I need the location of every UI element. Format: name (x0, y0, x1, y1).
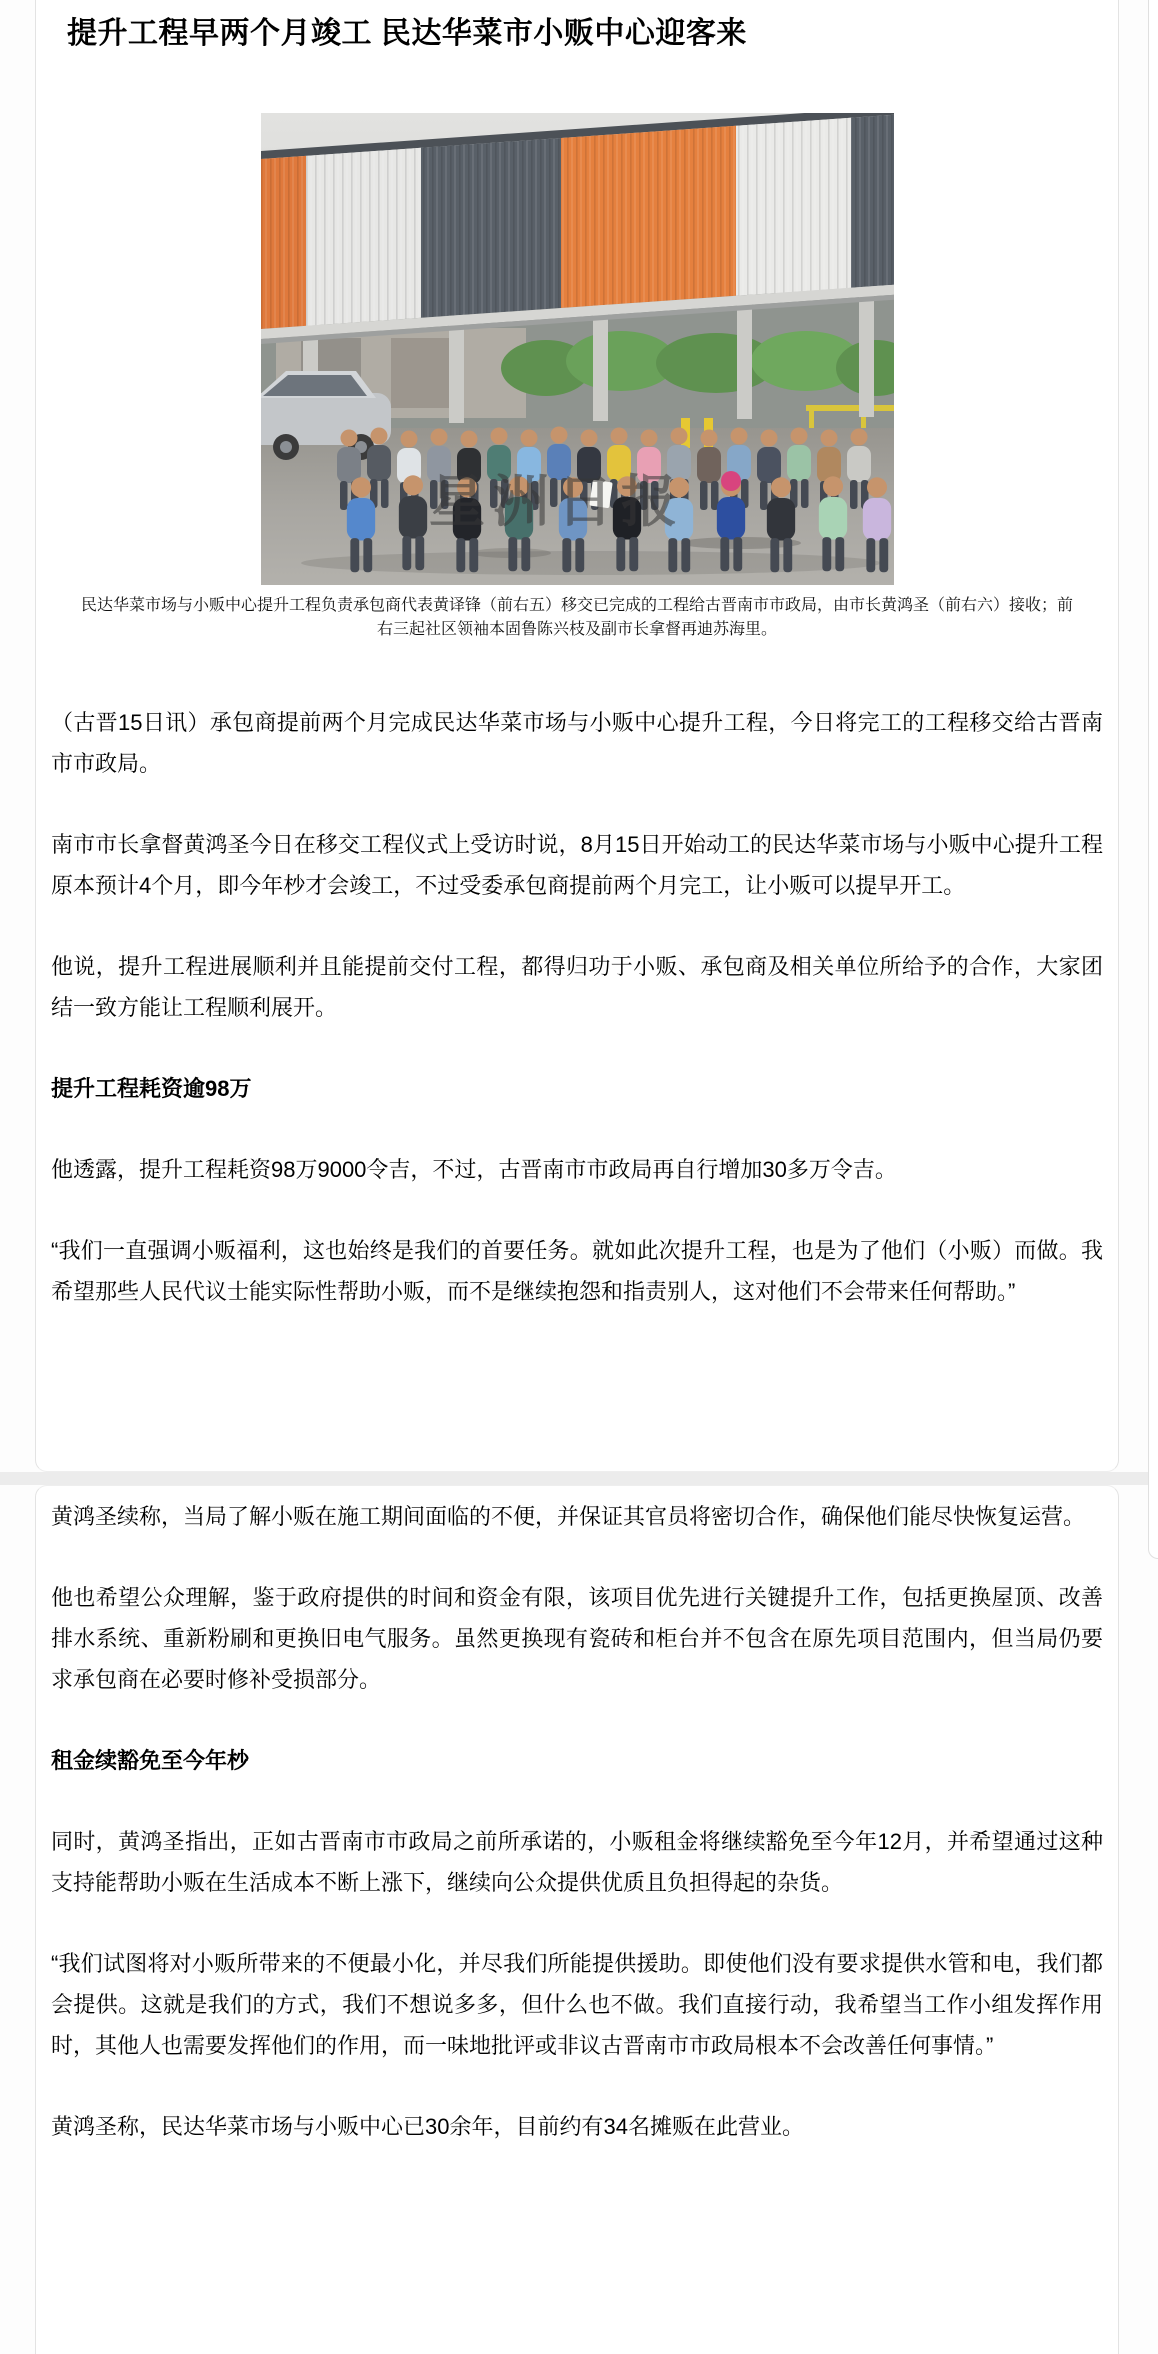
body-paragraph: 同时，黄鸿圣指出，正如古晋南市市政局之前所承诺的，小贩租金将继续豁免至今年12月… (51, 1821, 1103, 1903)
body-paragraph: 他说，提升工程进展顺利并且能提前交付工程，都得归功于小贩、承包商及相关单位所给予… (51, 946, 1103, 1028)
body-paragraph quote: “我们试图将对小贩所带来的不便最小化，并尽我们所能提供援助。即使他们没有要求提供… (51, 1943, 1103, 2066)
news-photo-illustration: 星洲日报 (261, 113, 894, 585)
body-paragraph: 他透露，提升工程耗资98万9000令吉，不过，古晋南市市政局再自行增加30多万令… (51, 1149, 1103, 1190)
article-headline: 提升工程早两个月竣工 民达华菜市小贩中心迎客来 (67, 12, 1103, 56)
section-subheading: 提升工程耗资逾98万 (51, 1068, 1103, 1109)
article-card-bottom: 黄鸿圣续称，当局了解小贩在施工期间面临的不便，并保证其官员将密切合作，确保他们能… (35, 1485, 1119, 2354)
body-paragraph: 他也希望公众理解，鉴于政府提供的时间和资金有限，该项目优先进行关键提升工作，包括… (51, 1577, 1103, 1700)
screenshot-seam-divider (0, 1472, 1158, 1485)
body-paragraph: 南市市长拿督黄鸿圣今日在移交工程仪式上受访时说，8月15日开始动工的民达华菜市场… (51, 824, 1103, 906)
body-paragraph: （古晋15日讯）承包商提前两个月完成民达华菜市场与小贩中心提升工程，今日将完工的… (51, 702, 1103, 784)
watermark-text: 星洲日报 (429, 469, 685, 535)
news-photo: 星洲日报 (261, 113, 894, 585)
body-paragraph: 黄鸿圣续称，当局了解小贩在施工期间面临的不便，并保证其官员将密切合作，确保他们能… (51, 1496, 1103, 1537)
photo-caption: 民达华菜市场与小贩中心提升工程负责承包商代表黄译锋（前右五）移交已完成的工程给古… (79, 594, 1075, 642)
section-subheading: 租金续豁免至今年杪 (51, 1740, 1103, 1781)
article-card-top: 提升工程早两个月竣工 民达华菜市小贩中心迎客来 (35, 0, 1119, 1472)
right-edge-panel (1148, 0, 1158, 1559)
body-paragraph quote: “我们一直强调小贩福利，这也始终是我们的首要任务。就如此次提升工程，也是为了他们… (51, 1230, 1103, 1312)
body-paragraph: 黄鸿圣称，民达华菜市场与小贩中心已30余年，目前约有34名摊贩在此营业。 (51, 2106, 1103, 2147)
